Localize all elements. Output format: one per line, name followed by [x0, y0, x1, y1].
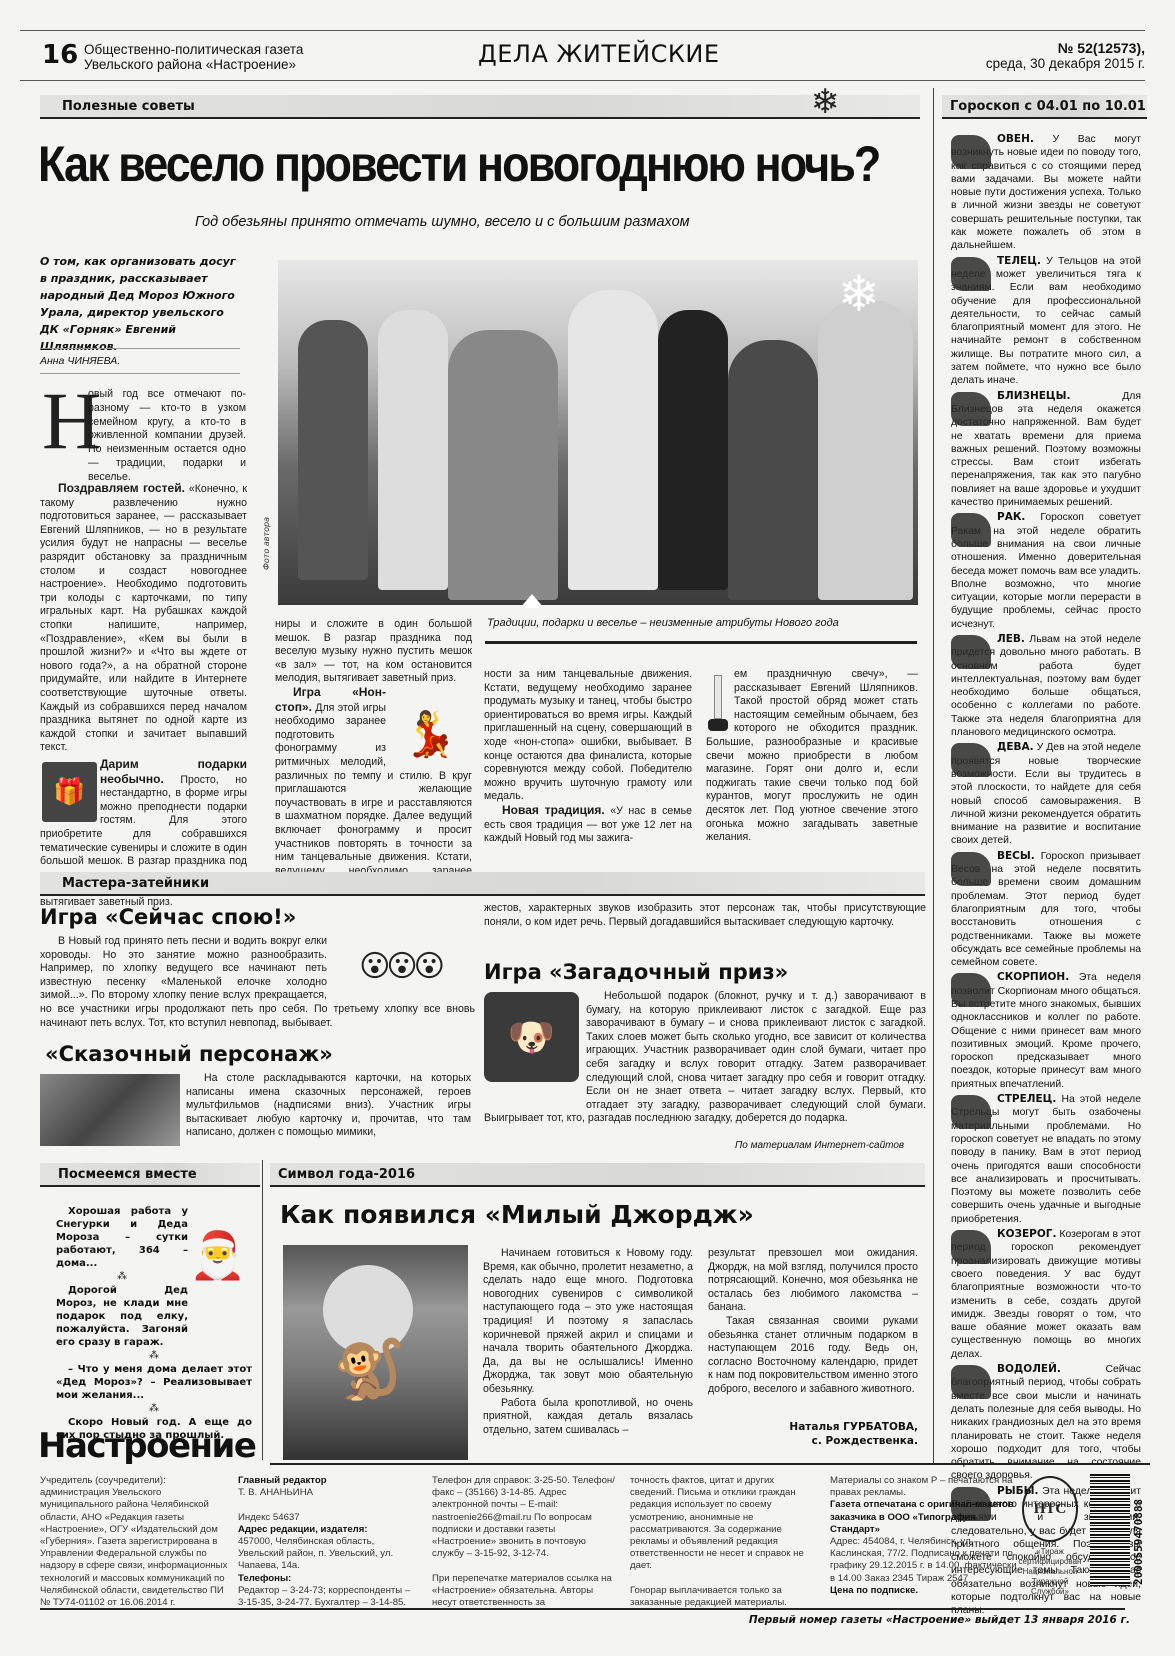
game3-text: Небольшой подарок (блокнот, ручку и т. д… [484, 990, 926, 1126]
imprint-editor-block: Главный редактор Т. В. АНАНЬИНА Индекс 5… [238, 1475, 416, 1609]
photo-figure [818, 300, 913, 600]
main-headline: Как весело провести новогоднюю ночь? [38, 135, 879, 193]
photo-caption: Традиции, подарки и веселье – неизменные… [487, 617, 839, 629]
para-4-head: Новая традиция. [484, 803, 605, 817]
article-para-5: ем праздничную свечу», — рассказывает Ев… [706, 668, 918, 845]
joke-separator: ⁂ [56, 1402, 252, 1416]
knitted-monkey-icon: 🐒 [333, 1335, 405, 1404]
photo-figure [658, 310, 728, 590]
paper-line-2: Увельского района «Настроение» [84, 57, 303, 72]
photo-figure [568, 290, 658, 590]
horoscope-item-leo: ЛЕВ. Львам на этой неделе придется довол… [951, 633, 1141, 739]
photo-figure [448, 330, 558, 600]
jokes-section-label: Посмеемся вместе [58, 1167, 197, 1182]
para-1-body: «Конечно, к такому развлечению нужно под… [40, 483, 247, 753]
column-divider [933, 88, 934, 1463]
issue-number: № 52(12573), [986, 40, 1145, 56]
fairy-tale-picture [40, 1074, 180, 1146]
imprint-top-rule [270, 1463, 1150, 1465]
game1-text: В Новый год принято петь песни и водить … [40, 935, 475, 1030]
symbol-section-label: Символ года-2016 [278, 1167, 415, 1182]
article-para-1: Поздравляем гостей. «Конечно, к такому р… [40, 482, 247, 755]
para-4-lead: ности за ним танцевальные движения. Кста… [484, 668, 692, 802]
capricorn-icon [951, 1230, 991, 1264]
horoscope-list: ОВЕН. У Вас могут возникнуть новые идеи … [951, 133, 1141, 1620]
main-subtitle: Год обезьяны принято отмечать шумно, вес… [195, 214, 690, 230]
game1-title: Игра «Сейчас спою!» [40, 905, 296, 929]
monkey-photo: 🐒 [283, 1245, 468, 1460]
horoscope-item-scorpio: СКОРПИОН. Эта неделя позволит Скорпионам… [951, 971, 1141, 1091]
horoscope-item-virgo: ДЕВА. У Дев на этой неделе проявятся нов… [951, 741, 1141, 847]
nts-seal-icon: НТС [1022, 1476, 1078, 1542]
symbol-col-2: результат превзошел мои ожидания. Джордж… [708, 1247, 918, 1397]
lead-text: О том, как организовать досуг в праздник… [40, 253, 240, 355]
footer-rule [40, 1608, 1125, 1610]
footer-note: Первый номер газеты «Настроение» выйдет … [749, 1614, 1130, 1626]
photo-credit: Фото автора [262, 517, 271, 570]
horoscope-title: Гороскоп с 04.01 по 10.01 [950, 99, 1146, 114]
horoscope-item-libra: ВЕСЫ. Гороскоп призывает Весов на этой н… [951, 850, 1141, 970]
horoscope-rule [942, 117, 1147, 119]
leo-icon [951, 635, 991, 669]
joke-separator: ⁂ [56, 1349, 252, 1363]
gemini-icon [951, 392, 991, 426]
symbol-col-1: Начинаем готовиться к Новому году. Время… [483, 1247, 693, 1437]
horoscope-item-cancer: РАК. Гороскоп советует Ракам на этой нед… [951, 511, 1141, 631]
cancer-icon [951, 513, 991, 547]
joke-separator: ⁂ [56, 1270, 188, 1284]
snowflake-decoration-icon: ❄ [838, 265, 880, 323]
virgo-icon [951, 743, 991, 777]
page-number: 16 [42, 40, 78, 70]
horoscope-item-aries: ОВЕН. У Вас могут возникнуть новые идеи … [951, 133, 1141, 253]
joke-item: Дорогой Дед Мороз, не клади мне подарок … [56, 1284, 188, 1349]
para-5-body: ем праздничную свечу», — рассказывает Ев… [706, 668, 918, 843]
scorpio-icon [951, 973, 991, 1007]
joke-item: Хорошая работа у Снегурки и Деда Мороза … [56, 1205, 188, 1270]
section-label-tips: Полезные советы [62, 99, 195, 114]
games-rule [40, 894, 925, 896]
intro-text: овый год все отмечают по-разному — кто-т… [88, 388, 246, 485]
game2-text-b: жестов, характерных звуков изобразить эт… [484, 902, 926, 929]
sagittarius-icon [951, 1095, 991, 1129]
caption-arrow-icon [520, 594, 544, 608]
photo-figure [378, 310, 448, 590]
aries-icon [951, 135, 991, 169]
section-rule [40, 117, 920, 119]
header-top-rule [20, 30, 1145, 31]
rubric-title: ДЕЛА ЖИТЕЙСКИЕ [478, 40, 720, 68]
article-para-4: ности за ним танцевальные движения. Кста… [484, 668, 692, 878]
paper-line-1: Общественно-политическая газета [84, 42, 303, 57]
games-source: По материалам Интернет-сайтов [735, 1140, 904, 1151]
games-section-label: Мастера-затейники [62, 876, 209, 891]
caption-rule [485, 641, 917, 644]
horoscope-item-gemini: БЛИЗНЕЦЫ. Для Близнецов эта неделя окаже… [951, 390, 1141, 510]
photo-figure [298, 320, 368, 580]
symbol-author: Наталья ГУРБАТОВА, с. Рождественка. [708, 1420, 918, 1448]
jokes-divider [262, 1160, 263, 1460]
para-3-lead: ниры и сложите в один большой мешок. В р… [275, 618, 472, 684]
lead-rule [40, 348, 240, 349]
aquarius-icon [951, 1365, 991, 1399]
paper-name: Общественно-политическая газета Увельско… [84, 42, 303, 72]
horoscope-item-taurus: ТЕЛЕЦ. У Тельцов на этой неделе может ув… [951, 255, 1141, 388]
game2-title: «Сказочный персонаж» [45, 1042, 333, 1066]
jokes-rule [40, 1185, 260, 1187]
para-1-head: Поздравляем гостей. [58, 481, 185, 495]
main-photo: ❄ [278, 260, 918, 605]
issue-date: среда, 30 декабря 2015 г. [986, 56, 1145, 71]
imprint-contacts: Телефон для справок: 3-25-50. Телефон/фа… [432, 1475, 620, 1609]
symbol-title: Как появился «Милый Джордж» [280, 1200, 754, 1229]
byline-rule [40, 373, 240, 374]
newspaper-logo: Настроение [38, 1426, 255, 1466]
issue-info: № 52(12573), среда, 30 декабря 2015 г. [986, 40, 1145, 71]
symbol-rule [270, 1185, 925, 1187]
seal-caption: «Тираж сертифицирован Национальной Тираж… [1018, 1547, 1082, 1597]
horoscope-item-sagittarius: СТРЕЛЕЦ. На этой неделе Стрельцы могут б… [951, 1093, 1141, 1226]
dancing-couple-icon: 💃 [390, 700, 470, 768]
barcode [1090, 1474, 1130, 1586]
author-byline: Анна ЧИНЯЕВА. [40, 355, 120, 367]
jokes-list: Хорошая работа у Снегурки и Деда Мороза … [56, 1205, 252, 1442]
joke-item: – Что у меня дома делает этот «Дед Мороз… [56, 1363, 252, 1402]
game3-title: Игра «Загадочный приз» [484, 960, 788, 984]
barcode-number: 2000559470888 [1132, 1499, 1145, 1585]
header-bottom-rule [20, 80, 1145, 81]
imprint-founders: Учредитель (соучредители): администрация… [40, 1475, 230, 1609]
horoscope-item-capricorn: КОЗЕРОГ. Козерогам в этот период гороско… [951, 1228, 1141, 1361]
photo-figure [728, 340, 818, 600]
libra-icon [951, 852, 991, 886]
game2-text-a: На столе раскладываются карточки, на кот… [186, 1072, 471, 1140]
taurus-icon [951, 257, 991, 291]
imprint-printing: Материалы со знаком Р – печатаются на пр… [830, 1475, 1018, 1597]
imprint-policy: точность фактов, цитат и других сведений… [630, 1475, 818, 1609]
ornament-icon: ❄ [790, 78, 860, 126]
